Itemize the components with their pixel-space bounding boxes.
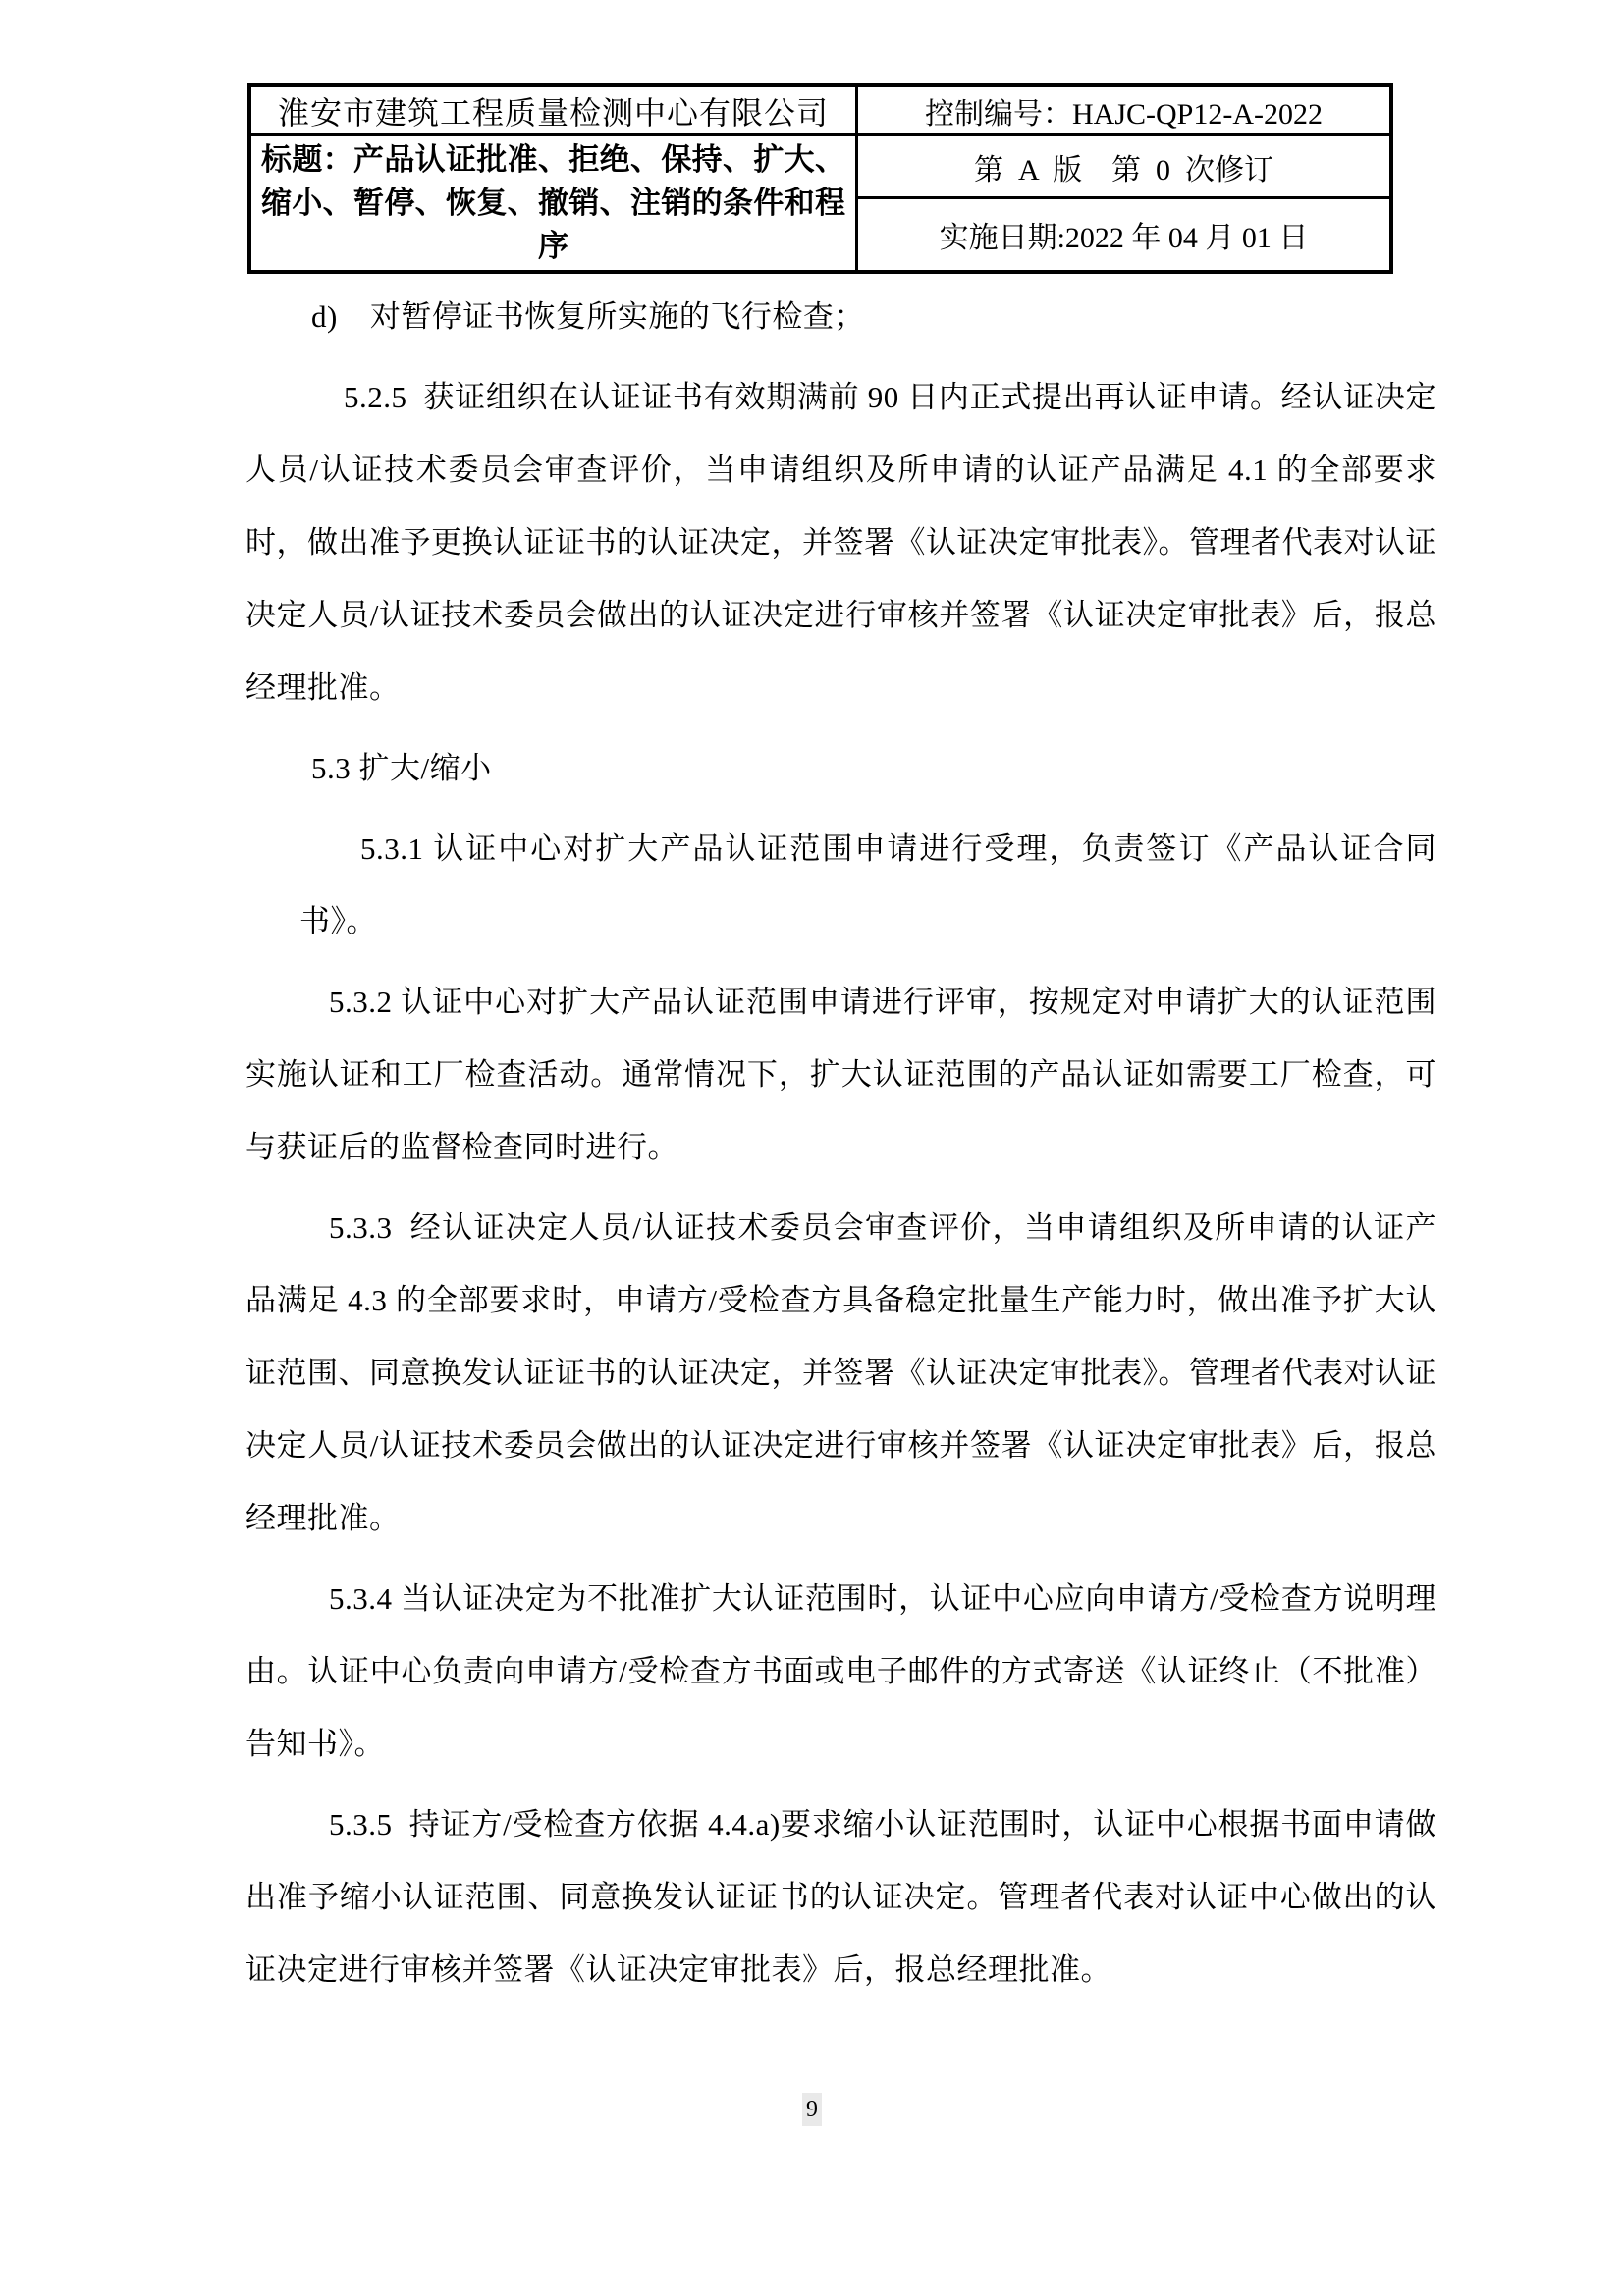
- paragraph-5-2-5: 5.2.5 获证组织在认证证书有效期满前 90 日内正式提出再认证申请。经认证决…: [245, 361, 1436, 724]
- document-title: 标题：产品认证批准、拒绝、保持、扩大、缩小、暂停、恢复、撤销、注销的条件和程序: [261, 138, 845, 268]
- header-control-number: 控制编号：HAJC-QP12-A-2022: [858, 87, 1389, 136]
- section-heading-5-3: 5.3 扩大/缩小: [245, 732, 1436, 805]
- header-title-cell: 标题：产品认证批准、拒绝、保持、扩大、缩小、暂停、恢复、撤销、注销的条件和程序: [251, 136, 858, 270]
- document-body: d) 对暂停证书恢复所实施的飞行检查； 5.2.5 获证组织在认证证书有效期满前…: [245, 281, 1436, 2014]
- list-item-d: d) 对暂停证书恢复所实施的飞行检查；: [245, 281, 1436, 353]
- page-number: 9: [802, 2093, 822, 2126]
- paragraph-5-3-3: 5.3.3 经认证决定人员/认证技术委员会审查评价，当申请组织及所申请的认证产品…: [245, 1192, 1436, 1555]
- paragraph-5-3-4: 5.3.4 当认证决定为不批准扩大认证范围时，认证中心应向申请方/受检查方说明理…: [245, 1563, 1436, 1781]
- paragraph-5-3-2: 5.3.2 认证中心对扩大产品认证范围申请进行评审，按规定对申请扩大的认证范围实…: [245, 966, 1436, 1184]
- paragraph-5-3-1: 5.3.1 认证中心对扩大产品认证范围申请进行受理，负责签订《产品认证合同书》。: [299, 813, 1436, 958]
- header-version-line: 第 A 版 第 0 次修订: [858, 136, 1389, 199]
- paragraph-5-3-5: 5.3.5 持证方/受检查方依据 4.4.a)要求缩小认证范围时，认证中心根据书…: [245, 1789, 1436, 2006]
- document-header-table: 淮安市建筑工程质量检测中心有限公司 控制编号：HAJC-QP12-A-2022 …: [247, 83, 1393, 274]
- document-page: 淮安市建筑工程质量检测中心有限公司 控制编号：HAJC-QP12-A-2022 …: [0, 0, 1624, 2296]
- header-implementation-date: 实施日期:2022 年 04 月 01 日: [858, 199, 1389, 270]
- page-footer: 9: [0, 2093, 1624, 2126]
- header-company-name: 淮安市建筑工程质量检测中心有限公司: [251, 87, 858, 136]
